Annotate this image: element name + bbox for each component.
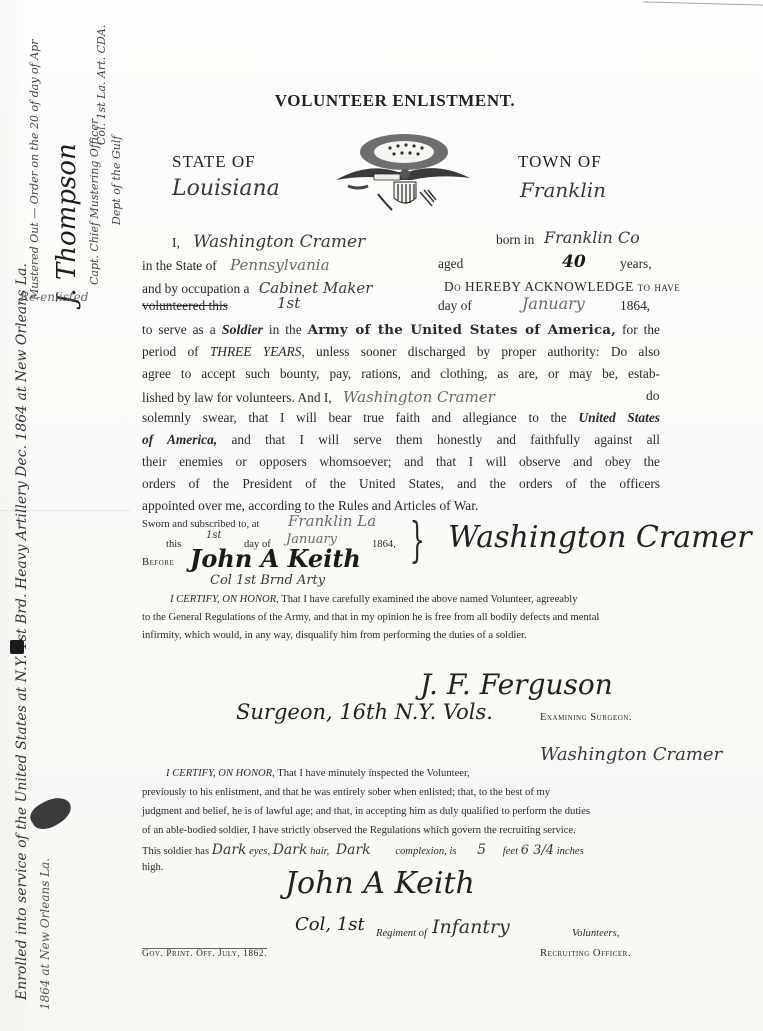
margin-signature: J. Thompson xyxy=(52,143,82,305)
recruiting-officer-label: Recruiting Officer. xyxy=(540,948,631,959)
complexion-field: Dark xyxy=(336,842,371,858)
ink-blot xyxy=(10,640,24,654)
regiment-label: Regiment of xyxy=(376,928,427,939)
eyes-field: Dark xyxy=(212,842,247,858)
enlistment-line-9: solemnly swear, that I will bear true fa… xyxy=(142,410,660,426)
sworn-day-field: 1st xyxy=(206,530,222,541)
margin-note-enrolled: Enrolled into service of the United Stat… xyxy=(14,263,30,1000)
age-field: 40 xyxy=(562,252,586,272)
birth-state-field: Pennsylvania xyxy=(230,256,329,274)
margin-note-top: Col. 1st La. Art. CDA. xyxy=(95,25,108,145)
margin-note-date: 1864 at New Orleans La. xyxy=(38,858,52,1010)
document-title: VOLUNTEER ENLISTMENT. xyxy=(0,91,763,111)
recruiter-cert-line-1: I CERTIFY, ON HONOR, That I have minutel… xyxy=(166,768,470,779)
state-value: Louisiana xyxy=(172,176,280,201)
surgeon-signature: J. F. Ferguson xyxy=(420,668,613,701)
oath-name-field: Washington Cramer xyxy=(343,388,495,406)
enlistment-line-11: their enemies or opposers whomsoever; an… xyxy=(142,454,660,470)
surgeon-cert-line-2: to the General Regulations of the Army, … xyxy=(142,612,599,623)
town-label: TOWN OF xyxy=(518,152,602,172)
before-label: Before xyxy=(142,557,174,568)
sworn-place-field: Franklin La xyxy=(288,512,376,530)
enlistment-line-10: of America, and that I will serve them h… xyxy=(142,432,660,448)
volunteer-name-field: Washington Cramer xyxy=(193,232,365,252)
enlistment-line-1: I, Washington Cramer born in Franklin Co xyxy=(142,232,660,252)
recruiter-cert-line-4: of an able-bodied soldier, I have strict… xyxy=(142,825,576,836)
margin-note-mustered: Mustered Out — Order on the 20 of day of… xyxy=(28,40,41,300)
recruiter-cert-line-3: judgment and belief, he is of lawful age… xyxy=(142,806,590,817)
inspected-volunteer-name: Washington Cramer xyxy=(540,744,722,765)
volunteers-label: Volunteers, xyxy=(572,928,619,939)
physical-description-line: This soldier has Dark eyes, Dark hair, D… xyxy=(142,842,662,858)
state-label: STATE OF xyxy=(172,152,256,172)
margin-note-dept: Dept of the Gulf xyxy=(110,136,123,225)
enlistment-line-2: in the State of Pennsylvania aged 40 yea… xyxy=(142,256,660,274)
high-label: high. xyxy=(142,862,163,873)
before-title: Col 1st Brnd Arty xyxy=(210,573,325,588)
birthplace-field: Franklin Co xyxy=(544,228,640,247)
printing-imprint: Gov. Print. Off. July, 1862. xyxy=(142,948,267,959)
enlistment-line-4: volunteered this 1st day of January 1864… xyxy=(142,298,660,314)
inches-field: 6 3/4 xyxy=(521,843,554,858)
sworn-this-label: this xyxy=(166,539,181,550)
recruiter-signature: John A Keith xyxy=(285,866,475,901)
regiment-field: Infantry xyxy=(432,916,510,938)
feet-field: 5 xyxy=(477,842,486,858)
enlistment-line-13: appointed over me, according to the Rule… xyxy=(142,498,660,514)
enlistment-line-6: period of THREE YEARS, unless sooner dis… xyxy=(142,344,660,360)
officer-rank: Col, 1st xyxy=(295,914,365,935)
enlistment-line-5: to serve as a Soldier in the Army of the… xyxy=(142,322,660,339)
eagle-seal-icon xyxy=(328,128,478,216)
hair-field: Dark xyxy=(273,842,308,858)
enlistment-day-field: 1st xyxy=(277,294,300,312)
enlistment-line-12: orders of the President of the United St… xyxy=(142,476,660,492)
enlistment-month-field: January xyxy=(522,294,585,313)
recruiter-cert-line-2: previously to his enlistment, and that h… xyxy=(142,787,550,798)
enlistment-line-8: lished by law for volunteers. And I, Was… xyxy=(142,388,660,406)
surgeon-cert-line-3: infirmity, which would, in any way, disq… xyxy=(142,630,527,641)
examining-surgeon-label: Examining Surgeon. xyxy=(540,712,632,723)
town-value: Franklin xyxy=(520,178,606,202)
sworn-at-label: Sworn and subscribed to, at xyxy=(142,519,259,530)
margin-reenlisted: Re-enlisted xyxy=(20,290,88,304)
volunteer-signature: Washington Cramer xyxy=(448,520,752,555)
surgeon-cert-line-1: I CERTIFY, ON HONOR, That I have careful… xyxy=(170,594,578,605)
occupation-field: Cabinet Maker xyxy=(259,279,373,297)
enlistment-line-7: agree to accept such bounty, pay, ration… xyxy=(142,366,660,382)
sworn-year: 1864, xyxy=(372,539,396,550)
surgeon-rank: Surgeon, 16th N.Y. Vols. xyxy=(236,700,493,724)
before-signature: John A Keith xyxy=(190,544,361,573)
bracket: } xyxy=(410,512,425,568)
